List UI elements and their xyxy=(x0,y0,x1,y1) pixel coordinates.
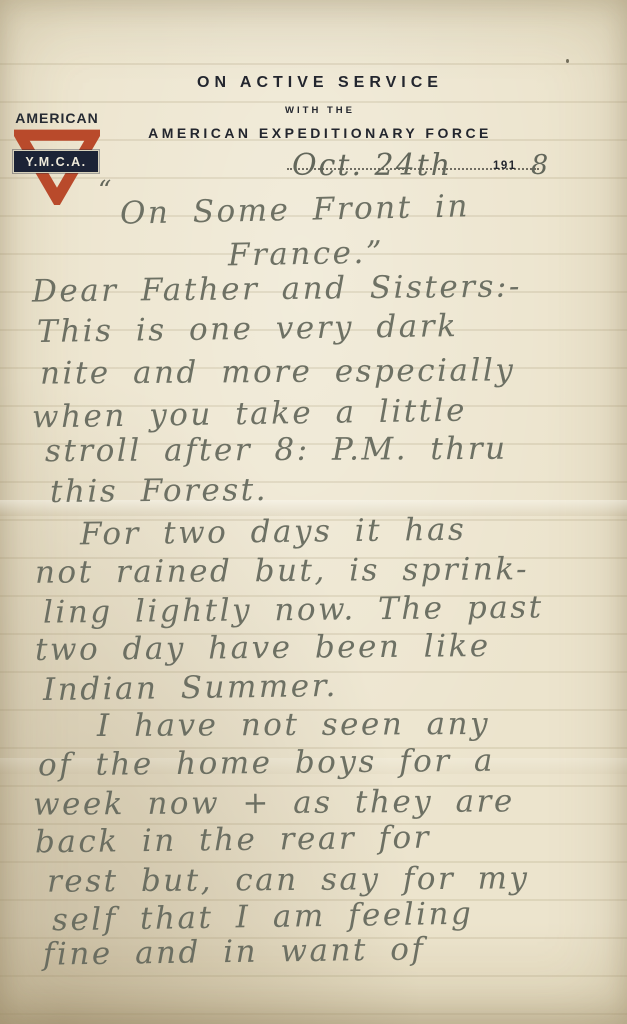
letterhead-title: ON ACTIVE SERVICE xyxy=(0,74,627,92)
paper-speck xyxy=(566,59,569,63)
letter-line: France.” xyxy=(228,235,385,274)
ymca-band-label: Y.M.C.A. xyxy=(25,155,86,169)
letter-line: two day have been like xyxy=(35,628,491,668)
letterhead: ON ACTIVE SERVICE WITH THE AMERICAN EXPE… xyxy=(0,74,627,141)
letter-line: stroll after 8: P.M. thru xyxy=(45,431,508,469)
letter-line: of the home boys for a xyxy=(38,743,495,784)
letter-line: this Forest. xyxy=(50,472,268,510)
letterhead-force-line: AMERICAN EXPEDITIONARY FORCE xyxy=(0,125,627,141)
letter-line: For two days it has xyxy=(80,512,467,553)
letter-line: not rained but, is sprink- xyxy=(35,551,529,590)
handwritten-date: Oct. 24th xyxy=(292,148,452,183)
letter-line: nite and more especially xyxy=(40,352,516,391)
handwritten-year-digit: 8 xyxy=(531,150,548,181)
letter-line: Dear Father and Sisters:- xyxy=(32,268,522,309)
open-quote-mark: “ xyxy=(98,176,111,206)
letter-line: when you take a little xyxy=(32,393,467,436)
letterhead-subtitle: WITH THE xyxy=(0,105,627,116)
letter-line: ling lightly now. The past xyxy=(43,589,544,630)
letter-line: This is one very dark xyxy=(37,308,459,350)
letter-line: Indian Summer. xyxy=(43,668,338,708)
letter-line: I have not seen any xyxy=(97,706,490,744)
letter-line: fine and in want of xyxy=(43,931,426,972)
printed-year-prefix: 191 xyxy=(493,160,517,172)
scanned-letter-page: AMERICAN Y.M.C.A. ON ACTIVE SERVICE WITH… xyxy=(0,0,627,1024)
letter-line: week now + as they are xyxy=(33,783,515,822)
letter-line: On Some Front in xyxy=(120,188,471,231)
ymca-band: Y.M.C.A. xyxy=(13,150,99,173)
letter-line: rest but, can say for my xyxy=(47,860,530,899)
letter-line: back in the rear for xyxy=(35,820,431,861)
